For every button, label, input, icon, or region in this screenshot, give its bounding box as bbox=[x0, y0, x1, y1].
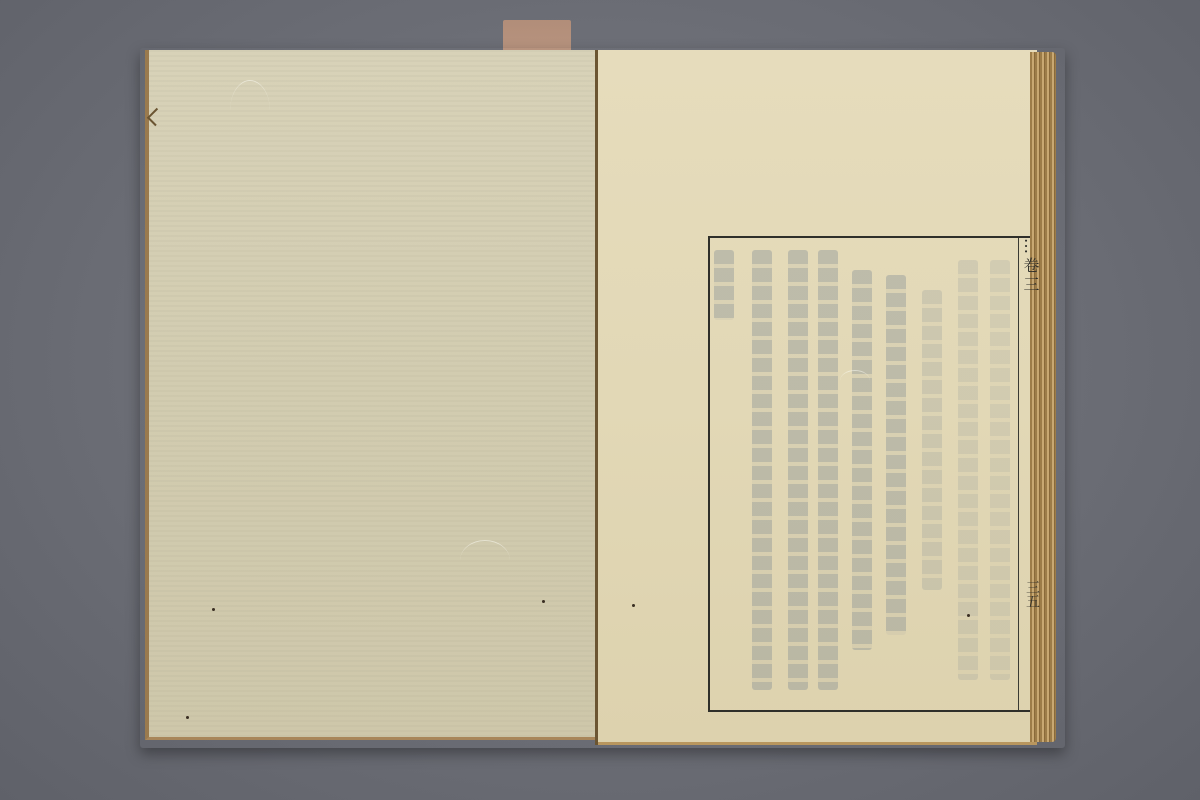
text-column bbox=[990, 260, 1010, 680]
book-gutter bbox=[595, 50, 598, 745]
text-column bbox=[788, 250, 808, 690]
fore-edge-label-upper: …卷三 bbox=[1020, 238, 1042, 295]
frame-margin-line bbox=[1018, 238, 1019, 710]
ink-spot bbox=[212, 608, 215, 611]
paper-fiber bbox=[230, 80, 270, 141]
text-column bbox=[818, 250, 838, 690]
text-column bbox=[922, 290, 942, 590]
text-column bbox=[752, 250, 772, 690]
left-page bbox=[145, 50, 597, 740]
ink-spot bbox=[632, 604, 635, 607]
ink-spot bbox=[542, 600, 545, 603]
fore-edge bbox=[1030, 52, 1056, 742]
text-column bbox=[958, 260, 978, 680]
text-column bbox=[714, 250, 734, 320]
paper-fiber bbox=[460, 540, 510, 581]
ink-spot bbox=[186, 716, 189, 719]
text-column bbox=[886, 275, 906, 635]
paper-fiber bbox=[840, 370, 870, 391]
ink-spot bbox=[967, 614, 970, 617]
text-column bbox=[852, 270, 872, 650]
fore-edge-label-lower: 三五 bbox=[1020, 580, 1042, 608]
